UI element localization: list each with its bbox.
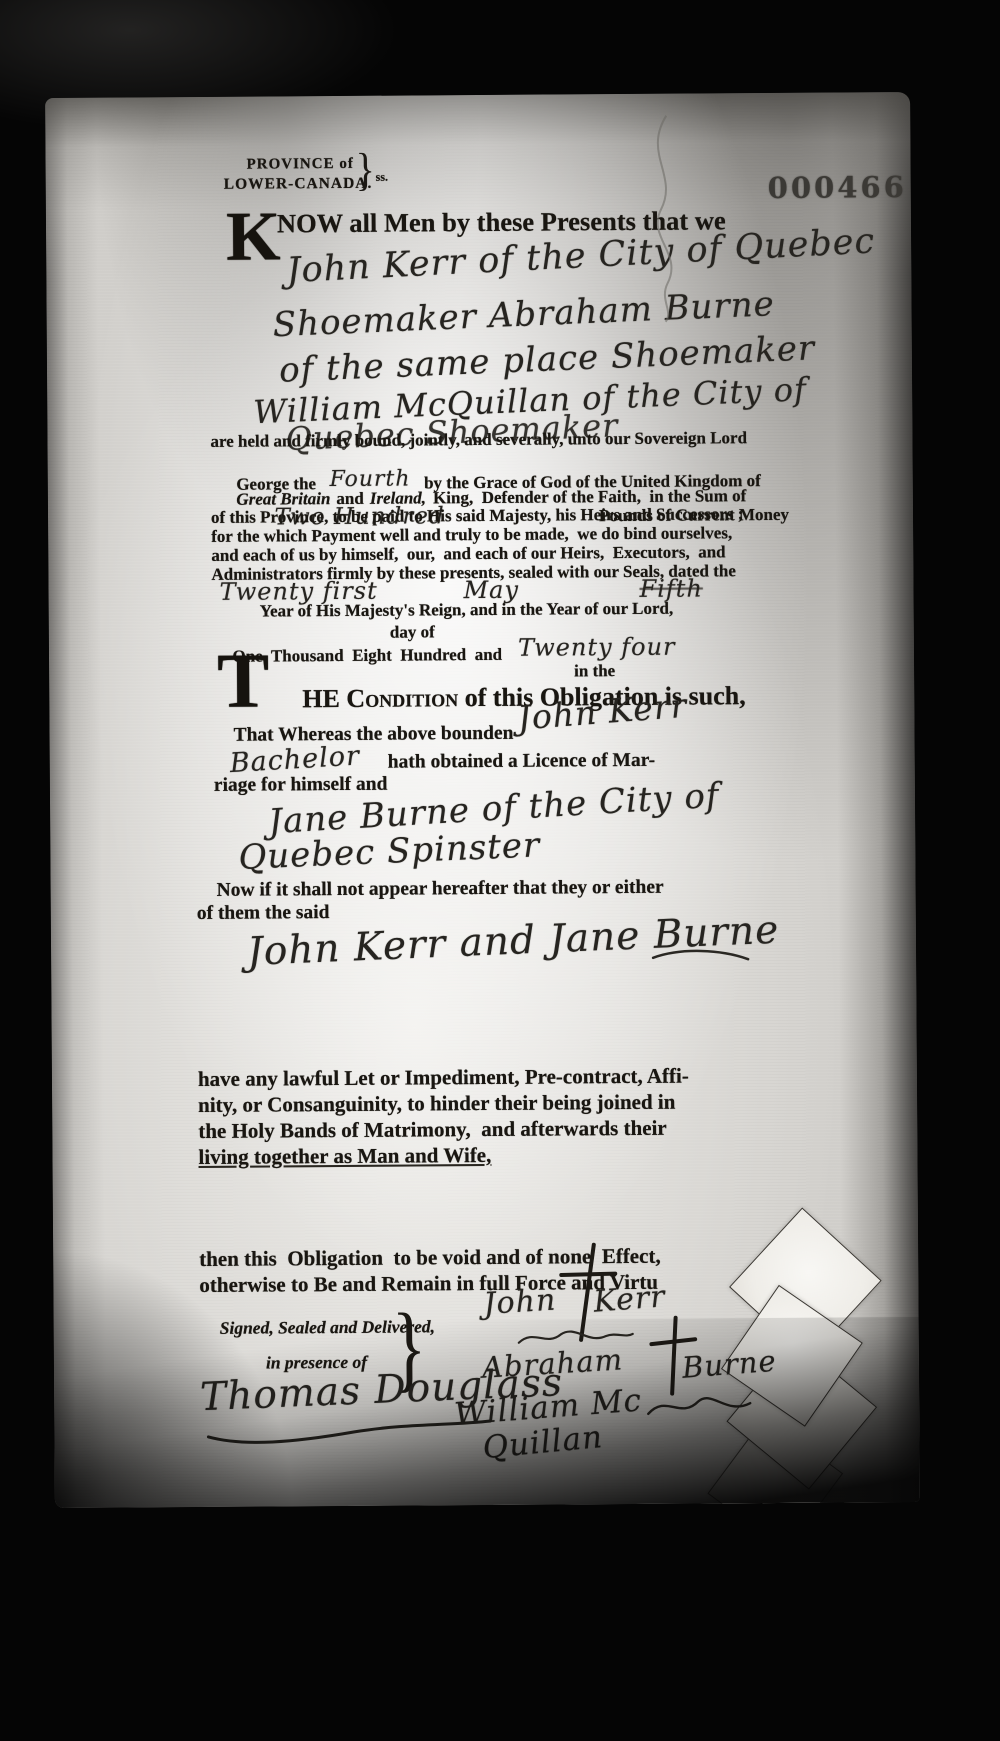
proviso-line2: of them the said (197, 902, 330, 925)
impediment-line3: the Holy Bands of Matrimony, and afterwa… (198, 1116, 667, 1144)
signature-kerr: Kerr (592, 1279, 667, 1319)
header-brace: } (355, 147, 375, 193)
licence-line2: riage for himself and (214, 774, 388, 797)
signature-abraham: Abraham (481, 1342, 624, 1384)
dropcap-k: K (226, 208, 281, 266)
document-page: PROVINCE of LOWER-CANADA. } ss. 000466 K… (45, 92, 920, 1508)
signature-john: John (483, 1283, 558, 1322)
document-number-stamp: 000466 (768, 170, 907, 205)
proviso-line1: Now if it shall not appear hereafter tha… (217, 877, 664, 902)
ink-flourish (651, 945, 751, 970)
impediment-line2: nity, or Consanguinity, to hinder their … (198, 1090, 675, 1118)
scanned-document-background: PROVINCE of LOWER-CANADA. } ss. 000466 K… (0, 0, 1000, 1741)
paper-crease (620, 113, 711, 324)
condition-he: HE (302, 684, 346, 713)
province-line1: PROVINCE of (247, 156, 354, 174)
signature-burne: Burne (681, 1344, 778, 1385)
dropcap-t: T (217, 648, 269, 712)
province-line2: LOWER-CANADA. (224, 175, 373, 194)
ink-scribble (644, 1385, 754, 1426)
whereas-pre: That Whereas the above bounden (233, 723, 513, 747)
impediment-line4: living together as Man and Wife, (198, 1143, 491, 1170)
impediment-line1: have any lawful Let or Impediment, Pre-c… (198, 1064, 689, 1092)
licence-line1: hath obtained a Licence of Mar- (388, 750, 656, 774)
witness-underline-flourish (204, 1417, 494, 1449)
ss-abbreviation: ss. (376, 170, 388, 185)
condition-word: Condition (346, 683, 458, 713)
